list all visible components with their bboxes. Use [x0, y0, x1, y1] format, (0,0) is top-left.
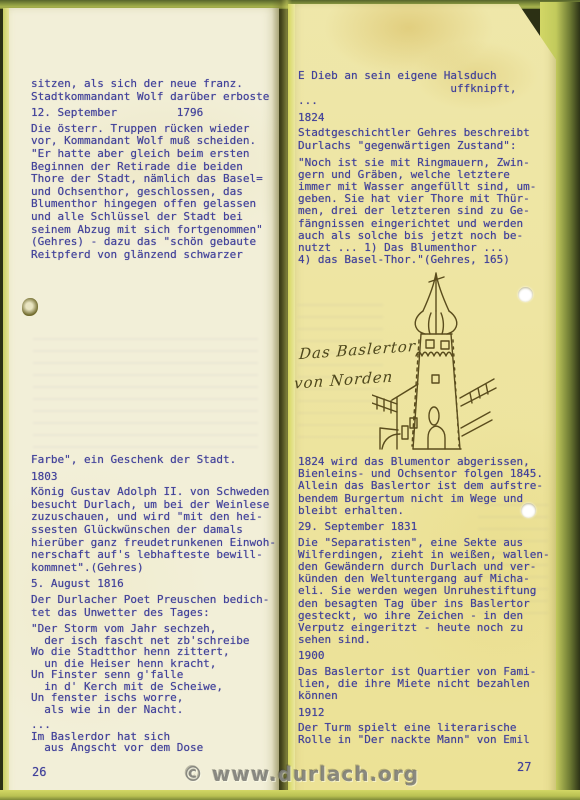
page-left: sitzen, als sich der neue franz. Stadtko…: [3, 8, 279, 800]
typewritten-paragraph: Farbe", ein Geschenk der Stadt.: [31, 454, 277, 467]
typewritten-paragraph: Die österr. Truppen rücken wieder vor, K…: [31, 123, 277, 262]
typewritten-paragraph: sitzen, als sich der neue franz. Stadtko…: [31, 78, 277, 103]
watermark: © www.durlach.org: [183, 762, 419, 786]
typewritten-paragraph: ... Im Baslerdor hat sich aus Angscht vo…: [31, 719, 277, 754]
page-right: E Dieb an sein eigene Halsduch uffknipft…: [288, 4, 556, 800]
date-heading: 1824: [298, 112, 554, 125]
right-page-text-lower: 1824 wird das Blumentor abgerissen, Bien…: [298, 456, 554, 751]
typewritten-paragraph: 1824 wird das Blumentor abgerissen, Bien…: [298, 456, 554, 517]
typewritten-paragraph: Der Durlacher Poet Preuschen bedich- tet…: [31, 594, 277, 619]
right-page-text-upper: E Dieb an sein eigene Halsduch uffknipft…: [298, 70, 554, 270]
page-number-left: 26: [32, 765, 46, 779]
punch-hole: [518, 287, 533, 302]
punch-hole: [521, 503, 536, 518]
page-number-right: 27: [517, 760, 531, 774]
typewritten-paragraph: Die "Separatisten", eine Sekte aus Wilfe…: [298, 537, 554, 647]
baslertor-tower-sketch: [372, 268, 498, 458]
scanned-book-spread: sitzen, als sich der neue franz. Stadtko…: [0, 0, 580, 800]
typewritten-paragraph: "Der Storm vom Jahr sechzeh, der isch fa…: [31, 623, 277, 715]
date-heading: 1803: [31, 471, 277, 484]
left-page-text-lower: Farbe", ein Geschenk der Stadt.1803König…: [31, 454, 277, 758]
date-heading: 1912: [298, 707, 554, 720]
bleed-through-text: [33, 338, 258, 450]
typewritten-paragraph: E Dieb an sein eigene Halsduch uffknipft…: [298, 70, 554, 108]
left-page-text-upper: sitzen, als sich der neue franz. Stadtko…: [31, 78, 277, 265]
typewritten-paragraph: König Gustav Adolph II. von Schweden bes…: [31, 486, 277, 574]
typewritten-paragraph: Der Turm spielt eine literarische Rolle …: [298, 722, 554, 746]
date-heading: 5. August 1816: [31, 578, 277, 591]
typewritten-paragraph: Das Baslertor ist Quartier von Fami- lie…: [298, 666, 554, 703]
scan-bottom-edge: [0, 790, 580, 800]
date-heading: 12. September 1796: [31, 107, 277, 120]
date-heading: 1900: [298, 650, 554, 663]
typewritten-paragraph: "Noch ist sie mit Ringmauern, Zwin- gern…: [298, 157, 554, 267]
paper-stain: [22, 298, 38, 316]
typewritten-paragraph: Stadtgeschichtler Gehres beschreibt Durl…: [298, 127, 554, 152]
date-heading: 29. September 1831: [298, 521, 554, 534]
